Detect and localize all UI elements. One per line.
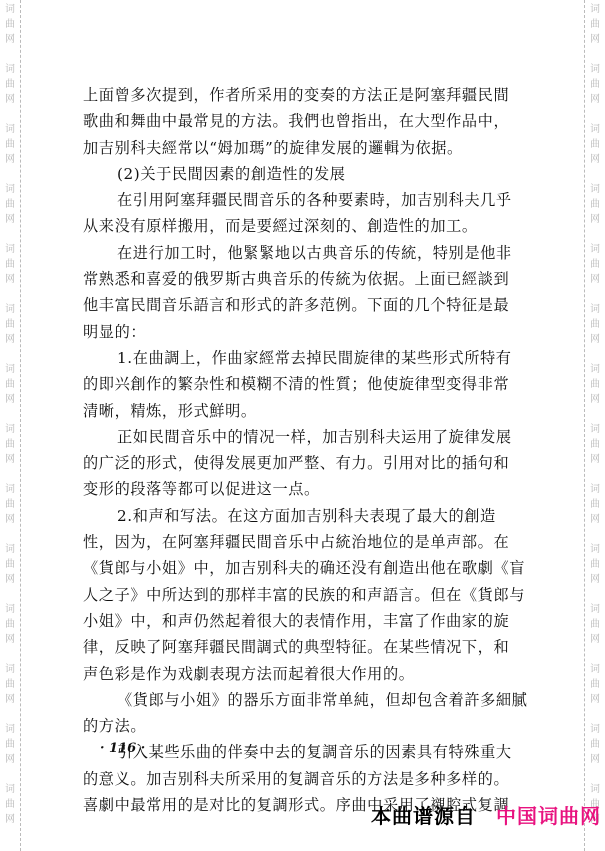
- watermark-group: 词曲网: [590, 180, 600, 240]
- watermark-char: 网: [5, 692, 15, 707]
- watermark-char: 词: [590, 482, 600, 497]
- watermark-char: 词: [5, 482, 15, 497]
- watermark-char: 网: [5, 512, 15, 527]
- watermark-char: 网: [5, 32, 15, 47]
- watermark-char: 网: [590, 32, 600, 47]
- watermark-group: 词曲网: [590, 720, 600, 780]
- text-line: 《貨郎与小姐》中，加吉别科夫的确还没有創造出他在歌劇《盲: [83, 555, 483, 581]
- watermark-char: 网: [590, 152, 600, 167]
- watermark-char: 网: [5, 632, 15, 647]
- watermark-char: 词: [590, 722, 600, 737]
- watermark-group: 词曲网: [5, 0, 15, 60]
- text-line: 在进行加工时，他緊緊地以古典音乐的传統，特别是他非: [83, 240, 483, 266]
- watermark-group: 词曲网: [590, 600, 600, 660]
- text-line: 明显的：: [83, 319, 483, 345]
- watermark-group: 词曲网: [5, 720, 15, 780]
- watermark-char: 词: [590, 782, 600, 797]
- watermark-char: 词: [590, 122, 600, 137]
- watermark-group: 词曲网: [5, 480, 15, 540]
- watermark-char: 词: [5, 122, 15, 137]
- watermark-char: 词: [590, 362, 600, 377]
- watermark-char: 词: [590, 542, 600, 557]
- watermark-char: 词: [5, 302, 15, 317]
- watermark-group: 词曲网: [590, 480, 600, 540]
- watermark-char: 词: [5, 602, 15, 617]
- text-line: 的即兴創作的繁杂性和模糊不清的性質；他使旋律型变得非常: [83, 371, 483, 397]
- watermark-char: 曲: [5, 557, 15, 572]
- watermark-char: 曲: [590, 617, 600, 632]
- text-line: 上面曾多次提到，作者所采用的变奏的方法正是阿塞拜疆民間: [83, 82, 483, 108]
- watermark-char: 网: [590, 692, 600, 707]
- watermark-char: 词: [590, 662, 600, 677]
- watermark-group: 词曲网: [590, 60, 600, 120]
- watermark-char: 网: [590, 572, 600, 587]
- watermark-char: 曲: [5, 17, 15, 32]
- watermark-char: 词: [5, 362, 15, 377]
- watermark-char: 词: [5, 542, 15, 557]
- watermark-char: 网: [5, 752, 15, 767]
- text-line: 从来没有原样搬用，而是要經过深刻的、創造性的加工。: [83, 213, 483, 239]
- watermark-char: 曲: [5, 257, 15, 272]
- watermark-char: 网: [590, 272, 600, 287]
- document-page-body: 上面曾多次提到，作者所采用的变奏的方法正是阿塞拜疆民間歌曲和舞曲中最常見的方法。…: [83, 82, 483, 818]
- watermark-group: 词曲网: [5, 660, 15, 720]
- text-line: (2)关于民間因素的創造性的发展: [83, 161, 483, 187]
- watermark-char: 词: [590, 242, 600, 257]
- watermark-char: 网: [5, 212, 15, 227]
- watermark-group: 词曲网: [5, 540, 15, 600]
- watermark-char: 词: [5, 662, 15, 677]
- watermark-char: 词: [5, 242, 15, 257]
- text-line: 性，因为，在阿塞拜疆民間音乐中占統治地位的是单声部。在: [83, 529, 483, 555]
- watermark-char: 词: [590, 62, 600, 77]
- watermark-char: 网: [5, 392, 15, 407]
- watermark-char: 曲: [590, 317, 600, 332]
- source-label: 本曲谱源自: [371, 804, 476, 828]
- watermark-char: 曲: [5, 197, 15, 212]
- watermark-char: 曲: [590, 377, 600, 392]
- watermark-char: 网: [5, 452, 15, 467]
- watermark-char: 曲: [590, 137, 600, 152]
- watermark-group: 词曲网: [5, 60, 15, 120]
- text-line: 的广泛的形式，使得发展更加严整、有力。引用对比的插句和: [83, 450, 483, 476]
- text-line: 常熟悉和喜爱的俄罗斯古典音乐的传統为依据。上面已經談到: [83, 266, 483, 292]
- text-line: 清晰，精炼，形式鮮明。: [83, 398, 483, 424]
- source-footer: 本曲谱源自中国词曲网: [371, 800, 601, 829]
- text-line: 律，反映了阿塞拜疆民間調式的典型特征。在某些情况下，和: [83, 634, 483, 660]
- watermark-char: 曲: [590, 677, 600, 692]
- site-name-link[interactable]: 中国词曲网: [496, 804, 601, 828]
- text-line: 人之子》中所达到的那样丰富的民族的和声語言。但在《貨郎与: [83, 582, 483, 608]
- watermark-char: 曲: [590, 737, 600, 752]
- watermark-char: 网: [5, 152, 15, 167]
- watermark-char: 网: [590, 332, 600, 347]
- watermark-group: 词曲网: [5, 300, 15, 360]
- right-watermark-strip: 词曲网词曲网词曲网词曲网词曲网词曲网词曲网词曲网词曲网词曲网词曲网词曲网词曲网词…: [584, 0, 605, 851]
- watermark-char: 曲: [5, 377, 15, 392]
- watermark-group: 词曲网: [5, 120, 15, 180]
- watermark-char: 曲: [590, 257, 600, 272]
- watermark-group: 词曲网: [5, 600, 15, 660]
- watermark-char: 网: [590, 92, 600, 107]
- watermark-char: 词: [5, 62, 15, 77]
- text-line: 2.和声和写法。在这方面加吉别科夫表現了最大的創造: [83, 503, 483, 529]
- watermark-char: 曲: [5, 797, 15, 812]
- watermark-char: 词: [590, 602, 600, 617]
- text-line: 变形的段落等都可以促进这一点。: [83, 476, 483, 502]
- watermark-char: 网: [5, 92, 15, 107]
- watermark-group: 词曲网: [5, 180, 15, 240]
- watermark-group: 词曲网: [5, 360, 15, 420]
- watermark-char: 曲: [5, 497, 15, 512]
- watermark-group: 词曲网: [590, 660, 600, 720]
- watermark-char: 词: [590, 182, 600, 197]
- watermark-group: 词曲网: [5, 420, 15, 480]
- watermark-char: 曲: [590, 77, 600, 92]
- page-number: · 116 ·: [100, 741, 145, 756]
- watermark-char: 网: [590, 512, 600, 527]
- watermark-char: 网: [590, 392, 600, 407]
- watermark-char: 词: [590, 422, 600, 437]
- watermark-char: 网: [590, 452, 600, 467]
- watermark-char: 词: [5, 2, 15, 17]
- watermark-char: 网: [5, 812, 15, 827]
- watermark-char: 网: [590, 632, 600, 647]
- watermark-group: 词曲网: [590, 300, 600, 360]
- text-line: 《貨郎与小姐》的器乐方面非常单純，但却包含着許多細膩: [83, 687, 483, 713]
- watermark-char: 网: [5, 272, 15, 287]
- watermark-char: 网: [590, 752, 600, 767]
- watermark-group: 词曲网: [5, 240, 15, 300]
- watermark-char: 网: [5, 332, 15, 347]
- text-line: 的意义。加吉别科夫所采用的复調音乐的方法是多种多样的。: [83, 766, 483, 792]
- text-line: 声色彩是作为戏劇表現方法而起着很大作用的。: [83, 661, 483, 687]
- text-line: 在引用阿塞拜疆民間音乐的各种要素時，加吉别科夫几乎: [83, 187, 483, 213]
- watermark-char: 曲: [590, 437, 600, 452]
- watermark-group: 词曲网: [590, 420, 600, 480]
- watermark-group: 词曲网: [590, 540, 600, 600]
- text-line: 正如民間音乐中的情况一样，加吉别科夫运用了旋律发展: [83, 424, 483, 450]
- watermark-group: 词曲网: [590, 120, 600, 180]
- watermark-char: 曲: [590, 557, 600, 572]
- watermark-char: 曲: [590, 497, 600, 512]
- watermark-group: 词曲网: [590, 360, 600, 420]
- watermark-char: 词: [590, 302, 600, 317]
- watermark-char: 曲: [5, 77, 15, 92]
- text-line: 加吉别科夫經常以“姆加瑪”的旋律发展的邏輯为依据。: [83, 135, 483, 161]
- watermark-char: 曲: [5, 617, 15, 632]
- watermark-group: 词曲网: [590, 240, 600, 300]
- watermark-char: 词: [5, 722, 15, 737]
- watermark-char: 曲: [5, 677, 15, 692]
- text-line: 小姐》中，和声仍然起着很大的表情作用，丰富了作曲家的旋: [83, 608, 483, 634]
- watermark-char: 词: [5, 782, 15, 797]
- watermark-char: 词: [590, 2, 600, 17]
- text-line: 1.在曲調上，作曲家經常去掉民間旋律的某些形式所特有: [83, 345, 483, 371]
- text-line: 他丰富民間音乐語言和形式的許多范例。下面的几个特征是最: [83, 292, 483, 318]
- watermark-char: 词: [5, 182, 15, 197]
- watermark-char: 网: [5, 572, 15, 587]
- watermark-char: 曲: [590, 197, 600, 212]
- text-line: 的方法。: [83, 713, 483, 739]
- left-watermark-strip: 词曲网词曲网词曲网词曲网词曲网词曲网词曲网词曲网词曲网词曲网词曲网词曲网词曲网词…: [0, 0, 21, 851]
- watermark-char: 曲: [5, 437, 15, 452]
- watermark-char: 曲: [5, 737, 15, 752]
- watermark-char: 曲: [5, 137, 15, 152]
- watermark-group: 词曲网: [590, 0, 600, 60]
- watermark-group: 词曲网: [5, 780, 15, 840]
- text-line: 歌曲和舞曲中最常見的方法。我們也曾指出，在大型作品中，: [83, 108, 483, 134]
- watermark-char: 曲: [590, 17, 600, 32]
- watermark-char: 词: [5, 422, 15, 437]
- watermark-char: 网: [590, 212, 600, 227]
- watermark-char: 曲: [5, 317, 15, 332]
